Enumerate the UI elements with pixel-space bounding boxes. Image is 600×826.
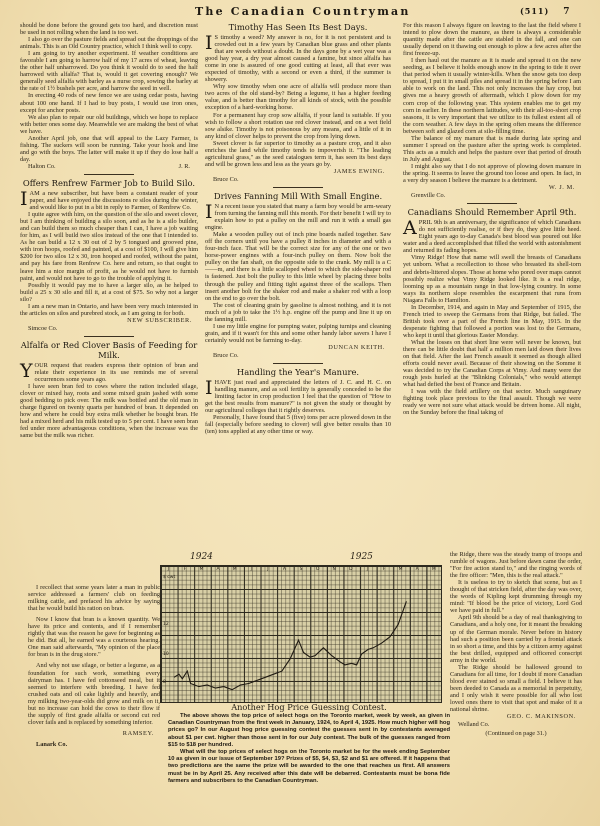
place: Welland Co. (450, 721, 582, 728)
article-paragraph: In December, 1914, and again in May and … (403, 304, 581, 339)
intro-paragraph: I am going to try another experiment. If… (20, 50, 198, 92)
place: Simcoe Co. (20, 325, 198, 332)
dropcap: I (205, 204, 213, 221)
price-line (160, 565, 442, 703)
signature: GEO. C. MAKINSON. (450, 713, 582, 720)
article-paragraph: APRIL 9th is an anniversary, the signifi… (403, 219, 581, 254)
masthead: The Canadian Countryman (511)7 (0, 4, 600, 20)
dropcap: I (205, 35, 213, 52)
article-paragraph: The Ridge should be hallowed ground to C… (450, 664, 582, 713)
dropcap: I (20, 191, 28, 208)
place: Bruce Co. (205, 176, 391, 183)
intro-paragraph: Another April job, one that will appeal … (20, 135, 198, 163)
article-paragraph: I am a new man in Ontario, and have been… (20, 303, 198, 317)
article-paragraph: I then haul out the manure as it is made… (403, 57, 581, 135)
article-paragraph: And why not use silage, or better a legu… (28, 662, 160, 725)
article-paragraph: IAM a new subscriber, but have been a co… (20, 190, 198, 211)
article-paragraph: What the losses on that short line were … (403, 339, 581, 388)
intro-byline: Halton Co. J. R. (20, 163, 198, 170)
dropcap: I (205, 380, 213, 397)
article-paragraph: I recollect that some years later a man … (28, 584, 160, 612)
caption-paragraph: What will the top prices of select hogs … (168, 749, 450, 785)
article-paragraph: the Ridge, there was the steady tramp of… (450, 551, 582, 579)
place: Halton Co. (20, 163, 56, 170)
article-paragraph: Personally, I have found that 5 (five) t… (205, 414, 391, 435)
publication-title: The Canadian Countryman (195, 5, 411, 18)
article-paragraph: Sweet clover is far superior to timothy … (205, 140, 391, 168)
year-label-1925: 1925 (350, 552, 373, 562)
article-paragraph: April 9th should be a day of real thanks… (450, 614, 582, 663)
caption-paragraph: The above shows the top price of select … (168, 713, 450, 749)
article-paragraph: Now I know that bran is a known quantity… (28, 616, 160, 658)
place: Grenville Co. (403, 192, 581, 199)
column-3: For this reason I always figure on leavi… (403, 22, 581, 416)
page-num: 7 (563, 7, 570, 17)
article-paragraph: It is useless to try to sketch that scen… (450, 579, 582, 614)
column-1: should be done before the ground gets to… (20, 22, 198, 439)
column-1-lower: I recollect that some years later a man … (28, 584, 160, 752)
headline-alfalfa: Alfalfa or Red Clover Basis of Feeding f… (20, 340, 198, 360)
article-paragraph: For this reason I always figure on leavi… (403, 22, 581, 57)
hog-price-chart: 1924 1925 J F M A M J J A S O N D J F M … (160, 552, 445, 704)
year-label-1924: 1924 (190, 552, 213, 562)
article-paragraph: I have seen bran fed to cows where the r… (20, 383, 198, 439)
article-paragraph: The cost of cleaning grain by gasoline i… (205, 302, 391, 323)
signature: W. J. M. (403, 184, 581, 191)
issue-page: (511) (520, 6, 549, 16)
divider (467, 203, 517, 204)
article-paragraph: IN a recent issue you stated that many a… (205, 203, 391, 231)
article-paragraph: The balance of my manure that is made du… (403, 135, 581, 163)
column-3-lower: the Ridge, there was the steady tramp of… (450, 551, 582, 737)
article-paragraph: IS timothy a weed? My answer is no, for … (205, 34, 391, 83)
divider (273, 363, 323, 364)
headline-fanning: Drives Fanning Mill With Small Engine. (205, 191, 391, 201)
continued-note: (Continued on page 31.) (450, 730, 582, 737)
article-paragraph: Make a wooden pulley out of inch pine bo… (205, 231, 391, 301)
signature: DUNCAN KEITH. (205, 344, 391, 351)
chart-year-labels: 1924 1925 (160, 552, 445, 564)
place: Bruce Co. (205, 352, 391, 359)
article-paragraph: YOUR request that readers express their … (20, 362, 198, 383)
article-paragraph: Possibly it would pay me to have a large… (20, 282, 198, 303)
headline-silo: Offers Renfrew Farmer Job to Build Silo. (20, 178, 198, 188)
headline-april: Canadians Should Remember April 9th. (403, 207, 581, 217)
article-paragraph: I use my little engine for pumping water… (205, 323, 391, 344)
article-paragraph: Why sow timothy when one acre of alfalfa… (205, 83, 391, 111)
article-paragraph: I might also say that I do not approve o… (403, 163, 581, 184)
divider (84, 336, 134, 337)
dropcap: Y (20, 363, 33, 380)
intro-paragraph: should be done before the ground gets to… (20, 22, 198, 36)
signature: NEW SUBSCRIBER. (20, 317, 198, 324)
article-paragraph: I was with the field artillery on that s… (403, 388, 581, 416)
dropcap: A (403, 220, 417, 237)
article-paragraph: Vimy Ridge! How that name will swell the… (403, 254, 581, 303)
divider (273, 187, 323, 188)
headline-timothy: Timothy Has Seen Its Best Days. (205, 22, 391, 32)
signature: J. R. (171, 163, 190, 170)
headline-manure: Handling the Year's Manure. (205, 367, 391, 377)
article-paragraph: I quite agree with him, on the question … (20, 211, 198, 281)
intro-paragraph: We also plan to repair our old buildings… (20, 114, 198, 135)
caption-headline: Another Hog Price Guessing Contest. (168, 702, 450, 712)
page-number: (511)7 (520, 6, 571, 17)
article-paragraph: For a permanent hay crop sow alfalfa, if… (205, 112, 391, 140)
article-paragraph: IHAVE just read and appreciated the lett… (205, 379, 391, 414)
intro-paragraph: I also go over the pasture fields and sp… (20, 36, 198, 50)
signature: RAMSEY. (28, 730, 160, 737)
newspaper-page: The Canadian Countryman (511)7 should be… (0, 0, 600, 826)
place: Lanark Co. (28, 741, 160, 748)
signature: JAMES EWING. (205, 168, 391, 175)
chart-caption: Another Hog Price Guessing Contest. The … (168, 702, 450, 785)
divider (84, 174, 134, 175)
column-2: Timothy Has Seen Its Best Days. IS timot… (205, 22, 391, 435)
intro-paragraph: In erecting 40 rods of new fence we are … (20, 92, 198, 113)
